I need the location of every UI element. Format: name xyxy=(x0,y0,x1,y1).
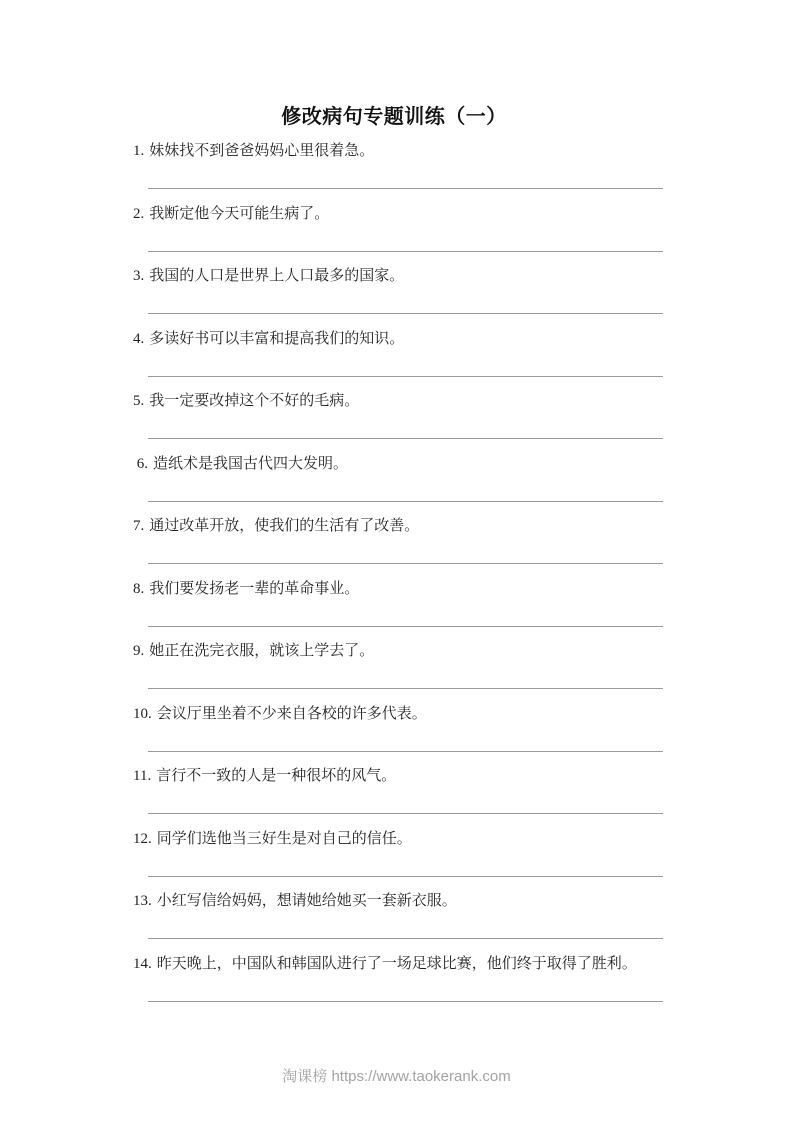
question-item: 3.我国的人口是世界上人口最多的国家。 xyxy=(133,268,713,314)
question-sentence: 13.小红写信给妈妈，想请她给她买一套新衣服。 xyxy=(133,893,713,909)
question-number: 2. xyxy=(133,206,144,222)
footer: 淘课榜 https://www.taokerank.com xyxy=(0,1068,793,1086)
answer-blank-line xyxy=(148,501,663,502)
question-item: 10.会议厅里坐着不少来自各校的许多代表。 xyxy=(133,706,713,752)
answer-blank-line xyxy=(148,876,663,877)
question-sentence: 7.通过改革开放，使我们的生活有了改善。 xyxy=(133,518,713,534)
question-number: 9. xyxy=(133,643,144,659)
question-text: 多读好书可以丰富和提高我们的知识。 xyxy=(149,331,404,347)
footer-text: 淘课榜 https://www.taokerank.com xyxy=(282,1068,510,1085)
question-item: 7.通过改革开放，使我们的生活有了改善。 xyxy=(133,518,713,564)
question-number: 3. xyxy=(133,268,144,284)
question-text: 妹妹找不到爸爸妈妈心里很着急。 xyxy=(149,143,374,159)
answer-blank-line xyxy=(148,813,663,814)
question-text: 通过改革开放，使我们的生活有了改善。 xyxy=(149,518,419,534)
answer-blank-line xyxy=(148,563,663,564)
question-number: 1. xyxy=(133,143,144,159)
question-sentence: 3.我国的人口是世界上人口最多的国家。 xyxy=(133,268,713,284)
question-sentence: 2.我断定他今天可能生病了。 xyxy=(133,206,713,222)
question-item: 1.妹妹找不到爸爸妈妈心里很着急。 xyxy=(133,143,713,189)
page-title: 修改病句专题训练（一） xyxy=(133,107,655,127)
question-sentence: 9.她正在洗完衣服，就该上学去了。 xyxy=(133,643,713,659)
question-item: 4.多读好书可以丰富和提高我们的知识。 xyxy=(133,331,713,377)
question-sentence: 12.同学们选他当三好生是对自己的信任。 xyxy=(133,831,713,847)
answer-blank-line xyxy=(148,751,663,752)
question-text: 同学们选他当三好生是对自己的信任。 xyxy=(157,831,412,847)
answer-blank-line xyxy=(148,188,663,189)
question-text: 我断定他今天可能生病了。 xyxy=(149,206,329,222)
question-item: 2.我断定他今天可能生病了。 xyxy=(133,206,713,252)
answer-blank-line xyxy=(148,251,663,252)
answer-blank-line xyxy=(148,1001,663,1002)
question-list: 1.妹妹找不到爸爸妈妈心里很着急。 2.我断定他今天可能生病了。 3.我国的人口… xyxy=(133,143,713,1002)
question-number: 14. xyxy=(133,956,152,972)
question-item: 5.我一定要改掉这个不好的毛病。 xyxy=(133,393,713,439)
question-item: 6.造纸术是我国古代四大发明。 xyxy=(133,456,713,502)
question-sentence: 5.我一定要改掉这个不好的毛病。 xyxy=(133,393,713,409)
question-number: 6. xyxy=(133,456,148,472)
question-sentence: 11.言行不一致的人是一种很坏的风气。 xyxy=(133,768,713,784)
answer-blank-line xyxy=(148,626,663,627)
question-text: 会议厅里坐着不少来自各校的许多代表。 xyxy=(157,706,427,722)
answer-blank-line xyxy=(148,376,663,377)
question-number: 7. xyxy=(133,518,144,534)
question-sentence: 6.造纸术是我国古代四大发明。 xyxy=(133,456,713,472)
question-number: 10. xyxy=(133,706,152,722)
question-item: 14.昨天晚上，中国队和韩国队进行了一场足球比赛，他们终于取得了胜利。 xyxy=(133,956,713,1002)
question-sentence: 10.会议厅里坐着不少来自各校的许多代表。 xyxy=(133,706,713,722)
question-number: 5. xyxy=(133,393,144,409)
question-number: 13. xyxy=(133,893,152,909)
worksheet-page: { "document": { "title": "修改病句专题训练（一）", … xyxy=(0,0,793,1122)
question-number: 12. xyxy=(133,831,152,847)
question-sentence: 4.多读好书可以丰富和提高我们的知识。 xyxy=(133,331,713,347)
question-text: 我国的人口是世界上人口最多的国家。 xyxy=(149,268,404,284)
answer-blank-line xyxy=(148,938,663,939)
question-text: 小红写信给妈妈，想请她给她买一套新衣服。 xyxy=(157,893,457,909)
question-text: 我们要发扬老一辈的革命事业。 xyxy=(149,581,359,597)
question-item: 9.她正在洗完衣服，就该上学去了。 xyxy=(133,643,713,689)
question-item: 13.小红写信给妈妈，想请她给她买一套新衣服。 xyxy=(133,893,713,939)
answer-blank-line xyxy=(148,313,663,314)
question-item: 8.我们要发扬老一辈的革命事业。 xyxy=(133,581,713,627)
answer-blank-line xyxy=(148,438,663,439)
question-text: 言行不一致的人是一种很坏的风气。 xyxy=(156,768,396,784)
question-text: 造纸术是我国古代四大发明。 xyxy=(153,456,348,472)
question-number: 8. xyxy=(133,581,144,597)
question-item: 11.言行不一致的人是一种很坏的风气。 xyxy=(133,768,713,814)
question-number: 4. xyxy=(133,331,144,347)
question-text: 我一定要改掉这个不好的毛病。 xyxy=(149,393,359,409)
question-item: 12.同学们选他当三好生是对自己的信任。 xyxy=(133,831,713,877)
answer-blank-line xyxy=(148,688,663,689)
question-sentence: 14.昨天晚上，中国队和韩国队进行了一场足球比赛，他们终于取得了胜利。 xyxy=(133,956,713,972)
question-text: 昨天晚上，中国队和韩国队进行了一场足球比赛，他们终于取得了胜利。 xyxy=(157,956,637,972)
question-number: 11. xyxy=(133,768,151,784)
question-text: 她正在洗完衣服，就该上学去了。 xyxy=(149,643,374,659)
question-sentence: 8.我们要发扬老一辈的革命事业。 xyxy=(133,581,713,597)
document-body: 修改病句专题训练（一） 1.妹妹找不到爸爸妈妈心里很着急。 2.我断定他今天可能… xyxy=(133,107,713,1018)
question-sentence: 1.妹妹找不到爸爸妈妈心里很着急。 xyxy=(133,143,713,159)
